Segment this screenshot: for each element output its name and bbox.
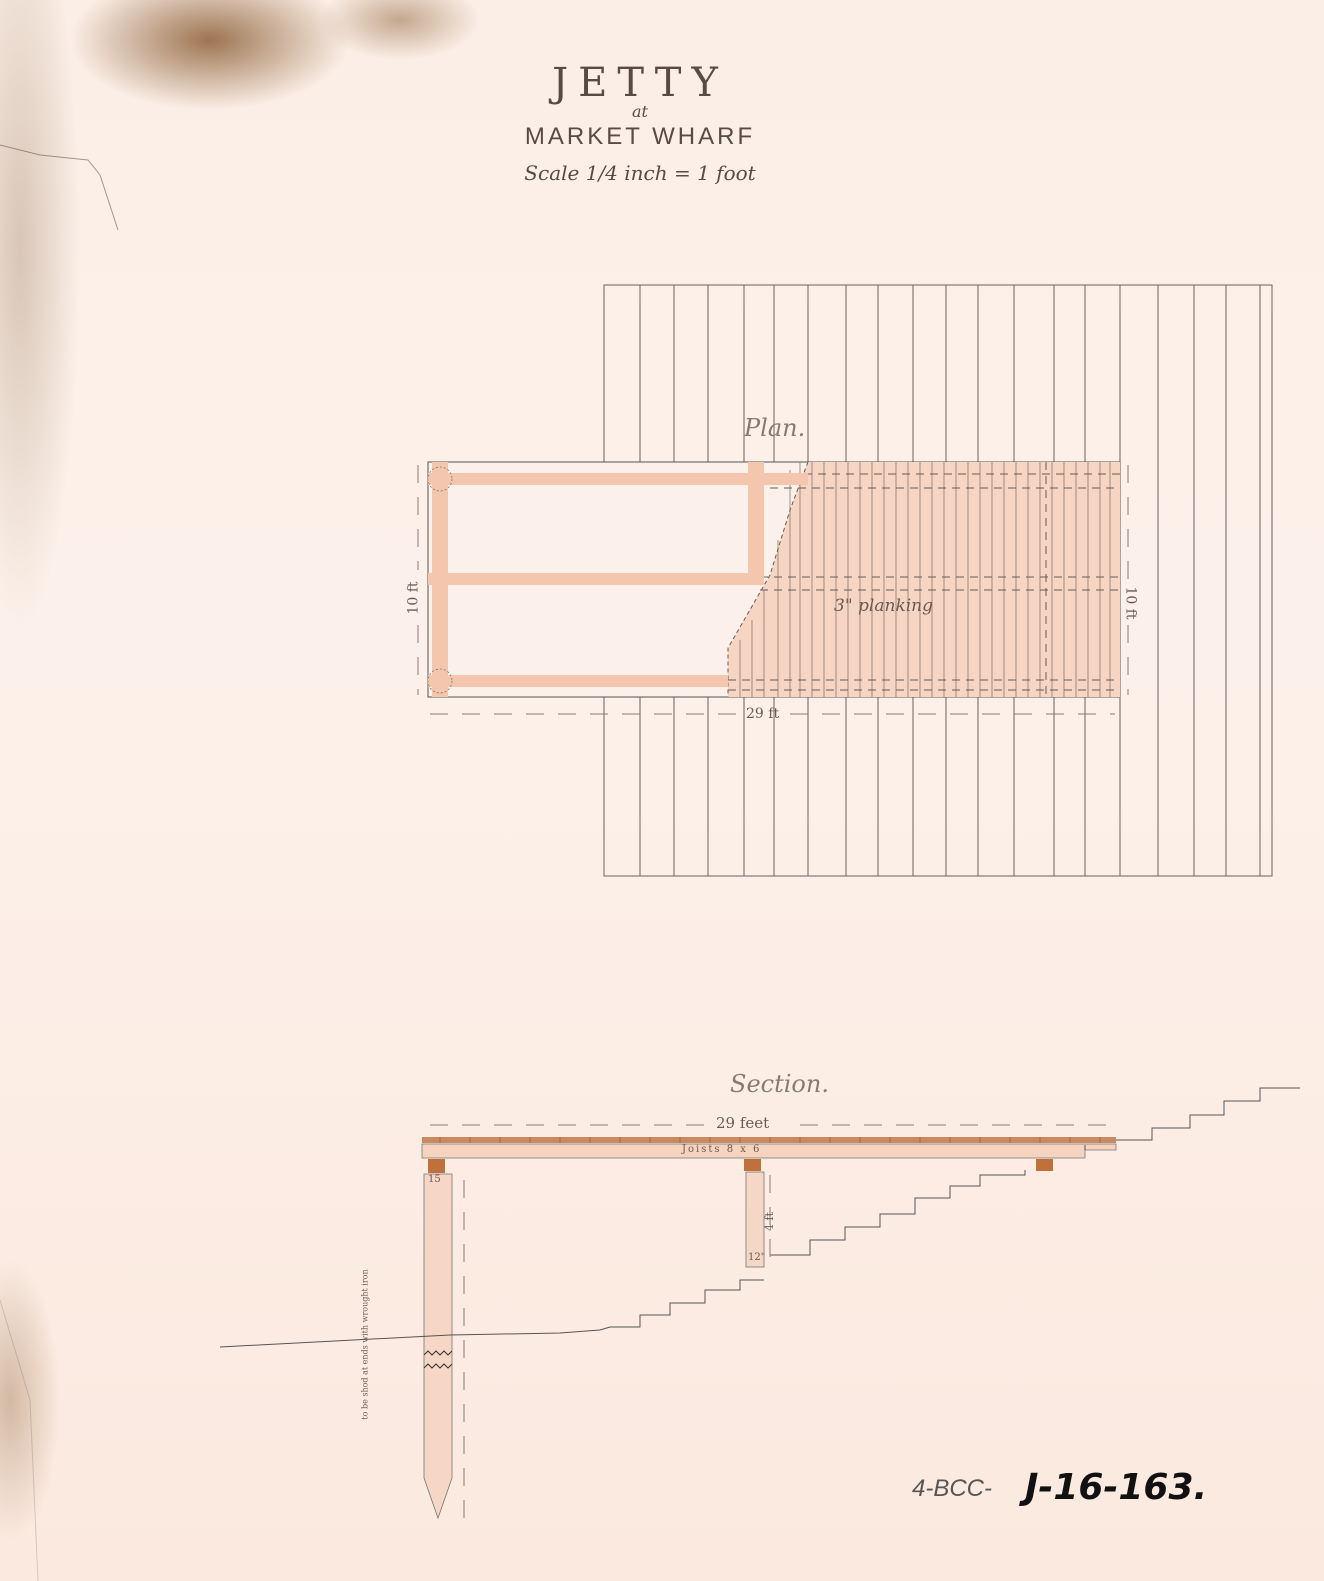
plan-label: Plan.: [744, 414, 805, 442]
joist-label: Joists 8 x 6: [682, 1144, 761, 1155]
jetty-plan: [428, 462, 1120, 697]
section-dimensions: [430, 1125, 1112, 1520]
jetty-section: [422, 1137, 1116, 1518]
drawing-canvas: [0, 0, 1324, 1581]
reference-prefix: 4-BCC-: [912, 1475, 992, 1503]
post-base-label: 12": [748, 1252, 765, 1263]
plan-height-dimension-right: 10 ft: [1123, 586, 1139, 619]
plan-height-dimension-left: 10 ft: [406, 581, 422, 614]
pile-width-label: 15: [428, 1174, 441, 1185]
pile-note: to be shod at ends with wrought iron: [361, 1269, 370, 1419]
planking-label: 3" planking: [834, 596, 933, 616]
post-height-label: 4 ft: [763, 1212, 776, 1231]
paper-creases: [0, 145, 118, 1581]
section-length-dimension: 29 feet: [716, 1114, 769, 1132]
plan-width-dimension: 29 ft: [746, 706, 779, 722]
section-label: Section.: [730, 1070, 829, 1098]
reference-number: J-16-163.: [1025, 1467, 1207, 1508]
